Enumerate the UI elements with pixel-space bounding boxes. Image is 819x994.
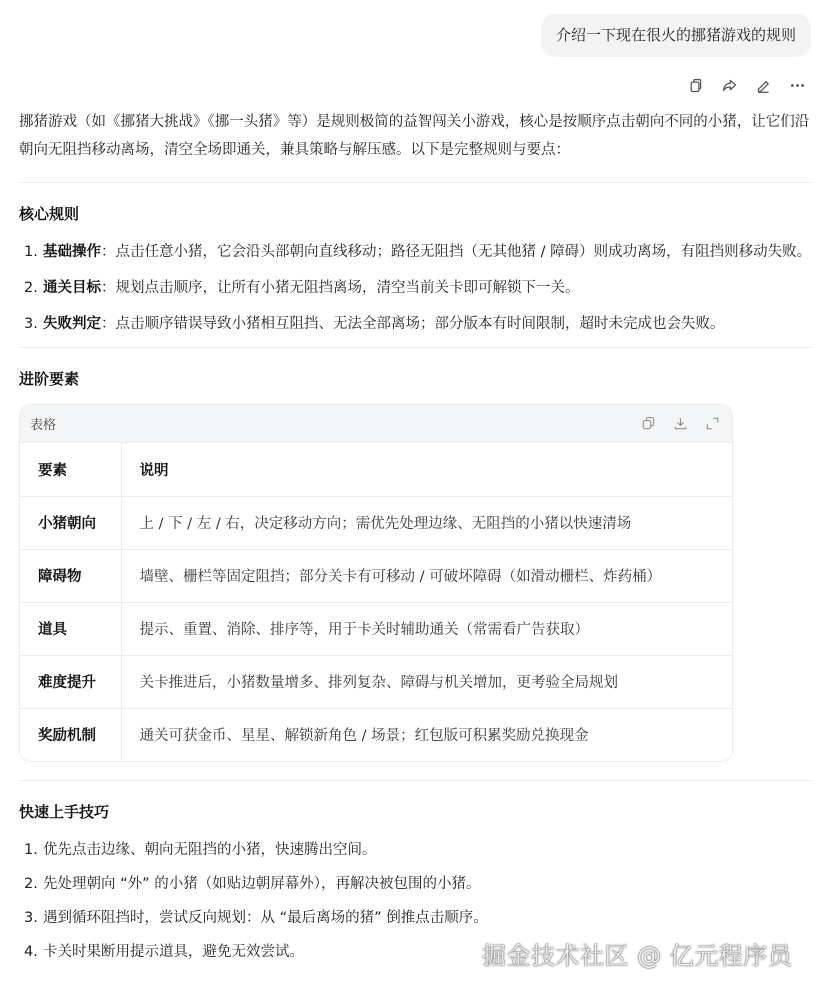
download-icon: [673, 416, 688, 431]
table-label: 表格: [30, 414, 56, 433]
divider: [19, 182, 812, 183]
list-text: 通关目标：规划点击顺序，让所有小猪无阻挡离场，清空当前关卡即可解锁下一关。: [43, 275, 580, 301]
table-download-button[interactable]: [672, 416, 688, 432]
user-message-row: 介绍一下现在很火的挪猪游戏的规则: [541, 14, 811, 57]
watermark: 掘金技术社区 @ 亿元程序员: [482, 936, 792, 971]
table-row: 道具 提示、重置、消除、排序等，用于卡关时辅助通关（常需看广告获取）: [20, 602, 732, 655]
assistant-answer: 挪猪游戏（如《挪猪大挑战》《挪一头猪》等）是规则极简的益智闯关小游戏，核心是按顺…: [19, 108, 812, 973]
answer-intro: 挪猪游戏（如《挪猪大挑战》《挪一头猪》等）是规则极简的益智闯关小游戏，核心是按顺…: [19, 108, 812, 164]
table-row: 小猪朝向 上 / 下 / 左 / 右，决定移动方向；需优先处理边缘、无阻挡的小猪…: [20, 496, 732, 549]
section-title-core-rules: 核心规则: [19, 203, 812, 225]
list-text: 基础操作：点击任意小猪，它会沿头部朝向直线移动；路径无阻挡（无其他猪 / 障碍）…: [43, 239, 811, 265]
table-expand-button[interactable]: [704, 416, 720, 432]
list-item: 2. 通关目标：规划点击顺序，让所有小猪无阻挡离场，清空当前关卡即可解锁下一关。: [24, 275, 812, 301]
edit-icon: [755, 77, 772, 94]
list-number: 1.: [24, 239, 43, 265]
list-item: 1. 优先点击边缘、朝向无阻挡的小猪，快速腾出空间。: [24, 837, 812, 863]
list-item: 3. 遇到循环阻挡时，尝试反向规划：从 “最后离场的猪” 倒推点击顺序。: [24, 905, 812, 931]
table-cell-value: 上 / 下 / 左 / 右，决定移动方向；需优先处理边缘、无阻挡的小猪以快速清场: [121, 496, 732, 549]
message-actions: [685, 75, 807, 95]
list-item: 3. 失败判定：点击顺序错误导致小猪相互阻挡、无法全部离场；部分版本有时间限制，…: [24, 311, 812, 337]
list-item: 2. 先处理朝向 “外” 的小猪（如贴边朝屏幕外），再解决被包围的小猪。: [24, 871, 812, 897]
list-bold: 通关目标: [43, 280, 101, 296]
user-message-bubble: 介绍一下现在很火的挪猪游戏的规则: [541, 14, 811, 57]
table-card: 表格 要素 说明 小猪朝向 上 / 下 / 左 / 右，决定移动方向；需: [19, 404, 733, 762]
copy-button[interactable]: [685, 75, 705, 95]
table-copy-button[interactable]: [640, 416, 656, 432]
list-body: 先处理朝向 “外” 的小猪（如贴边朝屏幕外），再解决被包围的小猪。: [43, 871, 481, 897]
advanced-elements-table: 要素 说明 小猪朝向 上 / 下 / 左 / 右，决定移动方向；需优先处理边缘、…: [20, 443, 732, 761]
table-cell-key: 难度提升: [20, 655, 121, 708]
list-bold: 基础操作: [43, 244, 101, 260]
table-cell-key: 奖励机制: [20, 708, 121, 761]
more-button[interactable]: [787, 75, 807, 95]
divider: [19, 347, 812, 348]
table-row: 奖励机制 通关可获金币、星星、解锁新角色 / 场景；红包版可积累奖励兑换现金: [20, 708, 732, 761]
copy-icon: [641, 416, 656, 431]
copy-icon: [687, 77, 704, 94]
list-body: ：规划点击顺序，让所有小猪无阻挡离场，清空当前关卡即可解锁下一关。: [101, 280, 580, 296]
section-title-tips: 快速上手技巧: [19, 801, 812, 823]
table-tools: [640, 416, 720, 432]
list-body: 遇到循环阻挡时，尝试反向规划：从 “最后离场的猪” 倒推点击顺序。: [43, 905, 488, 931]
edit-button[interactable]: [753, 75, 773, 95]
core-rules-list: 1. 基础操作：点击任意小猪，它会沿头部朝向直线移动；路径无阻挡（无其他猪 / …: [19, 239, 812, 337]
list-number: 3.: [24, 905, 43, 931]
list-body: ：点击顺序错误导致小猪相互阻挡、无法全部离场；部分版本有时间限制，超时未完成也会…: [101, 316, 725, 332]
list-bold: 失败判定: [43, 316, 101, 332]
section-title-advanced: 进阶要素: [19, 368, 812, 390]
list-number: 4.: [24, 939, 43, 965]
list-number: 3.: [24, 311, 43, 337]
table-row: 障碍物 墙壁、栅栏等固定阻挡；部分关卡有可移动 / 可破坏障碍（如滑动栅栏、炸药…: [20, 549, 732, 602]
list-item: 1. 基础操作：点击任意小猪，它会沿头部朝向直线移动；路径无阻挡（无其他猪 / …: [24, 239, 812, 265]
divider: [19, 780, 812, 781]
column-header: 要素: [20, 443, 121, 496]
table-cell-key: 障碍物: [20, 549, 121, 602]
list-text: 失败判定：点击顺序错误导致小猪相互阻挡、无法全部离场；部分版本有时间限制，超时未…: [43, 311, 725, 337]
list-body: ：点击任意小猪，它会沿头部朝向直线移动；路径无阻挡（无其他猪 / 障碍）则成功离…: [101, 244, 811, 260]
table-row: 难度提升 关卡推进后，小猪数量增多、排列复杂、障碍与机关增加，更考验全局规划: [20, 655, 732, 708]
list-body: 卡关时果断用提示道具，避免无效尝试。: [43, 939, 304, 965]
list-body: 优先点击边缘、朝向无阻挡的小猪，快速腾出空间。: [43, 837, 377, 863]
table-cell-value: 提示、重置、消除、排序等，用于卡关时辅助通关（常需看广告获取）: [121, 602, 732, 655]
table-cell-value: 通关可获金币、星星、解锁新角色 / 场景；红包版可积累奖励兑换现金: [121, 708, 732, 761]
share-icon: [721, 77, 738, 94]
table-cell-key: 小猪朝向: [20, 496, 121, 549]
table-cell-key: 道具: [20, 602, 121, 655]
list-number: 2.: [24, 871, 43, 897]
table-cell-value: 关卡推进后，小猪数量增多、排列复杂、障碍与机关增加，更考验全局规划: [121, 655, 732, 708]
table-header-row: 要素 说明: [20, 443, 732, 496]
expand-icon: [705, 416, 720, 431]
list-number: 2.: [24, 275, 43, 301]
table-cell-value: 墙壁、栅栏等固定阻挡；部分关卡有可移动 / 可破坏障碍（如滑动栅栏、炸药桶）: [121, 549, 732, 602]
table-toolbar: 表格: [20, 405, 732, 443]
list-number: 1.: [24, 837, 43, 863]
column-header: 说明: [121, 443, 732, 496]
more-icon: [789, 77, 806, 94]
share-button[interactable]: [719, 75, 739, 95]
